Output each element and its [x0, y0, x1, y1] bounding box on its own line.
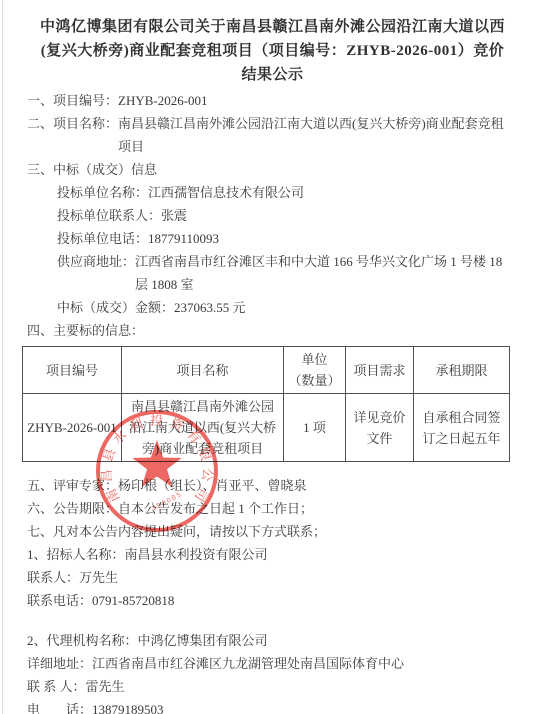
cell-project-no: ZHYB-2026-001	[23, 394, 122, 462]
agency-block: 2、代理机构名称：中鸿亿博集团有限公司 详细地址：江西省南昌市红谷滩区九龙湖管理…	[27, 629, 515, 714]
tenderer-contact-line: 联系人：万先生	[27, 566, 515, 589]
agency-contact-line: 联 系 人：雷先生	[27, 675, 515, 698]
cell-requirement: 详见竞价文件	[346, 394, 414, 462]
award-info-block: 投标单位名称： 江西孺智信息技术有限公司 投标单位联系人： 张震 投标单位电话：…	[27, 181, 515, 319]
lot-info-heading: 四、主要标的信息：	[27, 319, 515, 342]
agency-name-line: 2、代理机构名称：中鸿亿博集团有限公司	[27, 629, 515, 652]
table-header-row: 项目编号 项目名称 单位 （数量） 项目需求 承租期限	[23, 347, 510, 394]
bidder-contact-label: 投标单位联系人：	[57, 204, 161, 227]
col-header-project-no: 项目编号	[23, 347, 122, 394]
bidder-contact-value: 张震	[161, 204, 515, 227]
award-amount-label: 中标（成交）金额：	[57, 296, 174, 319]
notice-period-line: 六、公告期限：自本公告发布之日起 1 个工作日；	[27, 497, 515, 520]
bidder-name-label: 投标单位名称：	[57, 181, 148, 204]
bidder-name-value: 江西孺智信息技术有限公司	[148, 181, 515, 204]
project-number-label: 一、项目编号：	[27, 89, 118, 112]
cell-lease-term: 自承租合同签订之日起五年	[414, 394, 510, 462]
col-header-project-name: 项目名称	[122, 347, 284, 394]
agency-address-line: 详细地址：江西省南昌市红谷滩区九龙湖管理处南昌国际体育中心	[27, 652, 515, 675]
award-info-heading: 三、中标（成交）信息	[27, 158, 515, 181]
tenderer-block: 1、招标人名称：南昌县水利投资有限公司 联系人：万先生 联系电话：0791-85…	[27, 543, 515, 612]
project-name-value: 南昌县赣江昌南外滩公园沿江南大道以西(复兴大桥旁)商业配套竞租项目	[118, 112, 515, 158]
bidder-phone-label: 投标单位电话：	[57, 227, 148, 250]
bidder-contact-line: 投标单位联系人： 张震	[57, 204, 515, 227]
award-amount-line: 中标（成交）金额： 237063.55 元	[57, 296, 515, 319]
col-header-lease-term: 承租期限	[414, 347, 510, 394]
supplier-address-line: 供应商地址： 江西省南昌市红谷滩区丰和中大道 166 号华兴文化广场 1 号楼 …	[57, 250, 515, 296]
experts-line: 五、评审专家：杨印根（组长）、肖亚平、曾晓泉	[27, 474, 515, 497]
table-row: ZHYB-2026-001 南昌县赣江昌南外滩公园沿江南大道以西(复兴大桥旁)商…	[23, 394, 510, 462]
supplier-address-value: 江西省南昌市红谷滩区丰和中大道 166 号华兴文化广场 1 号楼 18 层 18…	[135, 250, 515, 296]
project-name-line: 二、项目名称： 南昌县赣江昌南外滩公园沿江南大道以西(复兴大桥旁)商业配套竞租项…	[27, 112, 515, 158]
lot-info-table: 项目编号 项目名称 单位 （数量） 项目需求 承租期限 ZHYB-2026-00…	[22, 346, 510, 462]
agency-phone-line: 电 话：13879189503	[27, 698, 515, 714]
cell-unit-qty: 1 项	[284, 394, 346, 462]
col-header-requirement: 项目需求	[346, 347, 414, 394]
project-number-value: ZHYB-2026-001	[118, 89, 515, 112]
bidder-phone-line: 投标单位电话： 18779110093	[57, 227, 515, 250]
cell-project-name: 南昌县赣江昌南外滩公园沿江南大道以西(复兴大桥旁)商业配套竞租项目	[122, 394, 284, 462]
supplier-address-label: 供应商地址：	[57, 250, 135, 273]
document-title: 中鸿亿博集团有限公司关于南昌县赣江昌南外滩公园沿江南大道以西(复兴大桥旁)商业配…	[0, 0, 543, 87]
project-name-label: 二、项目名称：	[27, 112, 118, 135]
document-body: 一、项目编号： ZHYB-2026-001 二、项目名称： 南昌县赣江昌南外滩公…	[0, 87, 543, 714]
announcement-document: 中鸿亿博集团有限公司关于南昌县赣江昌南外滩公园沿江南大道以西(复兴大桥旁)商业配…	[0, 0, 543, 714]
bidder-phone-value: 18779110093	[148, 227, 515, 250]
award-amount-value: 237063.55 元	[174, 296, 515, 319]
project-number-line: 一、项目编号： ZHYB-2026-001	[27, 89, 515, 112]
bidder-name-line: 投标单位名称： 江西孺智信息技术有限公司	[57, 181, 515, 204]
objection-line: 七、凡对本公告内容提出疑问，请按以下方式联系；	[27, 520, 515, 543]
tenderer-phone-line: 联系电话：0791-85720818	[27, 589, 515, 612]
scan-edge-artifact	[2, 0, 3, 714]
col-header-unit-qty: 单位 （数量）	[284, 347, 346, 394]
tenderer-name-line: 1、招标人名称：南昌县水利投资有限公司	[27, 543, 515, 566]
